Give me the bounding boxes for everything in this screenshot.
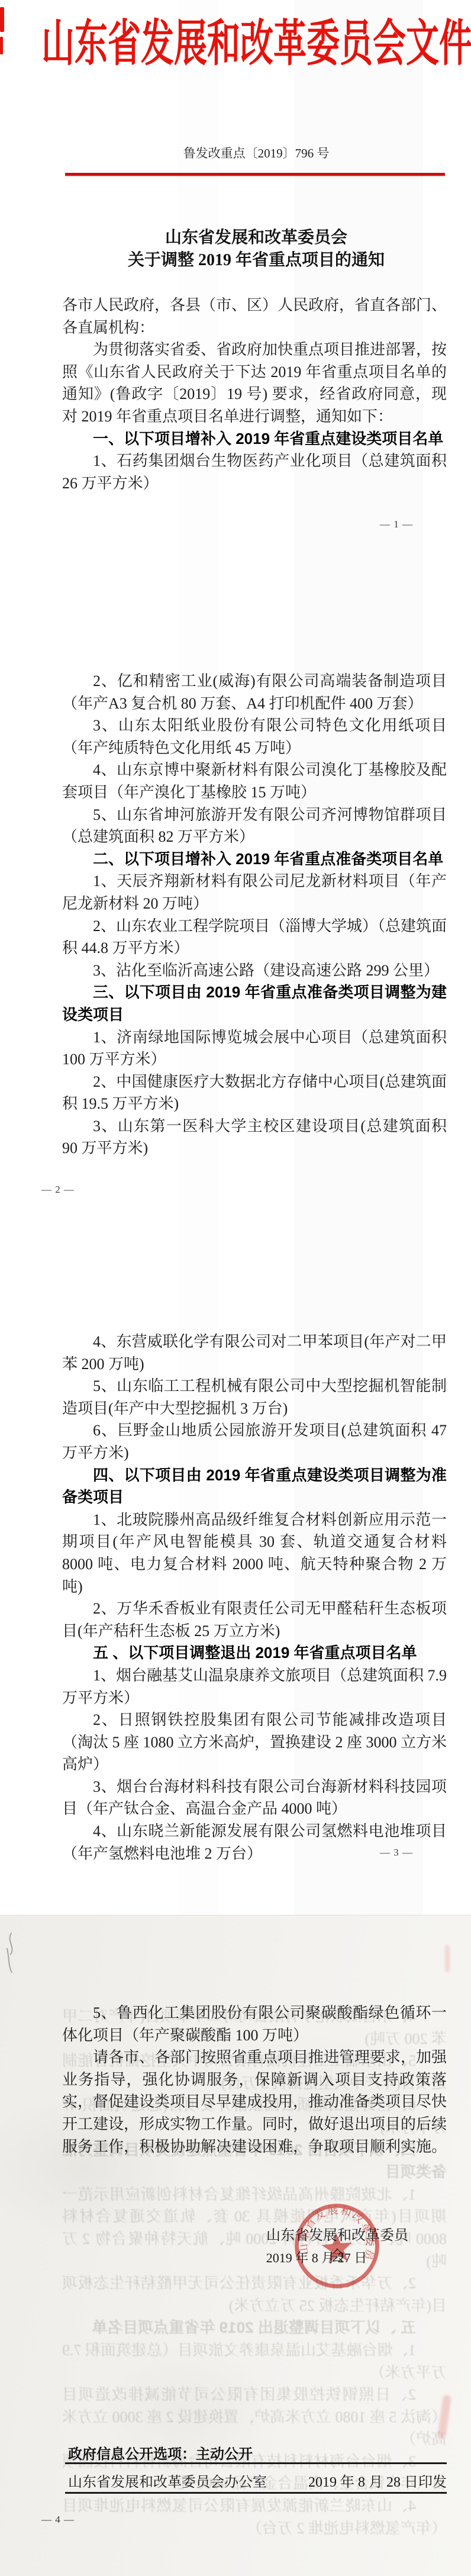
project-item: 2、中国健康医疗大数据北方存储中心项目(总建筑面积 19.5 万平方米): [62, 1071, 447, 1115]
project-item: 6、巨野金山地质公园旅游开发项目(总建筑面积 47 万平方米): [62, 1419, 447, 1464]
ghost-text-line: 五 、以下项目调整退出 2019 年省重点项目名单: [62, 2317, 447, 2339]
page-number-3: — 3 —: [380, 1847, 413, 1859]
page3-body: 4、东营威联化学有限公司对二甲苯项目(年产对二甲苯 200 万吨) 5、山东临工…: [62, 1331, 447, 1865]
project-item: 1、济南绿地国际博览城会展中心项目（总建筑面积 100 万平方米）: [62, 1026, 447, 1071]
scan-edge-red-mark: [0, 7, 4, 32]
section-heading-3: 三、以下项目由 2019 年省重点准备类项目调整为建设类项目: [62, 981, 447, 1026]
document-number: 鲁发改重点〔2019〕796 号: [41, 144, 471, 162]
masthead-title: 山东省发展和改革委员会文件: [41, 18, 471, 72]
handwritten-mark: [4, 1931, 19, 1975]
project-item: 5、鲁西化工集团股份有限公司聚碳酸酯绿色循环一体化项目（年产聚碳酸酯 100 万…: [62, 2002, 447, 2046]
project-item: 1、石药集团烟台生物医药产业化项目（总建筑面积 26 万平方米）: [62, 450, 447, 494]
ghost-text-line: 2、日照钢铁控股集团有限公司节能减排改造项目（淘汰 5 座 1080 立方米高炉…: [62, 2384, 447, 2451]
page1-body: 各市人民政府，各县（市、区）人民政府，省直各部门、各直属机构： 为贯彻落实省委、…: [62, 294, 447, 494]
red-divider-rule: [65, 173, 445, 176]
project-item: 2、日照钢铁控股集团有限公司节能减排改造项目（淘汰 5 座 1080 立方米高炉…: [62, 1709, 447, 1776]
ghost-text-line: 1、烟台融基艾山温泉康养文旅项目（总建筑面积 7.9 万平方米）: [62, 2339, 447, 2384]
project-item: 3、山东第一医科大学主校区建设项目(总建筑面积 90 万平方米): [62, 1115, 447, 1160]
page4-body: 5、鲁西化工集团股份有限公司聚碳酸酯绿色循环一体化项目（年产聚碳酸酯 100 万…: [62, 2002, 447, 2158]
document-title-line1: 山东省发展和改革委员会: [41, 227, 471, 249]
ghost-text-line: 2、万华禾香板业有限责任公司无甲醛秸秆生态板项目(年产秸秆生态板 25 万立方米…: [62, 2272, 447, 2317]
project-item: 2、山东农业工程学院项目（淄博大学城）（总建筑面积 44.8 万平方米）: [62, 915, 447, 959]
project-item: 3、烟台台海材料科技有限公司台海新材料科技园项目（年产钛合金、高温合金产品 40…: [62, 1776, 447, 1820]
page-number-2: — 2 —: [41, 1184, 75, 1196]
document-title-line2: 关于调整 2019 年省重点项目的通知: [41, 249, 471, 272]
project-item: 4、山东京博中聚新材料有限公司溴化丁基橡胶及配套项目（年产溴化丁基橡胶 15 万…: [62, 759, 447, 803]
project-item: 1、北玻院滕州高品级纤维复合材料创新应用示范一期项目(年产风电智能模具 30 套…: [62, 1509, 447, 1598]
project-item: 4、东营威联化学有限公司对二甲苯项目(年产对二甲苯 200 万吨): [62, 1331, 447, 1375]
project-item: 1、烟台融基艾山温泉康养文旅项目（总建筑面积 7.9 万平方米）: [62, 1664, 447, 1709]
document-title: 山东省发展和改革委员会 关于调整 2019 年省重点项目的通知: [41, 227, 471, 272]
project-item: 5、山东临工工程机械有限公司中大型挖掘机智能制造项目(年产中大型挖掘机 3 万台…: [62, 1375, 447, 1419]
closing-paragraph: 请各市、各部门按照省重点项目推进管理要求，加强业务指导，强化协调服务，保障新调入…: [62, 2046, 447, 2158]
section-heading-4: 四、以下项目由 2019 年省重点建设类项目调整为准备类项目: [62, 1464, 447, 1509]
footer-disclosure: 政府信息公开选项：主动公开: [68, 2442, 253, 2463]
intro-paragraph: 为贯彻落实省委、省政府加快重点项目推进部署，按照《山东省人民政府关于下达 201…: [62, 339, 447, 427]
scan-edge-red-mark: [0, 37, 3, 54]
salutation: 各市人民政府，各县（市、区）人民政府，省直各部门、各直属机构：: [62, 294, 447, 339]
seal-bleed-mark: [445, 1945, 450, 1972]
project-item: 2、万华禾香板业有限责任公司无甲醛秸秆生态板项目(年产秸秆生态板 25 万立方米…: [62, 1598, 447, 1642]
project-item: 2、亿和精密工业(威海)有限公司高端装备制造项目（年产A3 复合机 80 万套、…: [62, 670, 447, 714]
footer-divider: [65, 2462, 447, 2464]
page-number-1: — 1 —: [380, 519, 413, 530]
signature-date: 2019 年 8 月 27 日: [260, 2248, 373, 2266]
ghost-text-line: 4、山东晓兰新能源发展有限公司氢燃料电池堆项目（年产氢燃料电池堆 2 万台）: [62, 2495, 447, 2539]
footer-divider: [65, 2492, 447, 2494]
project-item: 3、山东太阳纸业股份有限公司特色文化用纸项目（年产纯质特色文化用纸 45 万吨）: [62, 714, 447, 759]
section-heading-5: 五 、以下项目调整退出 2019 年省重点项目名单: [62, 1642, 447, 1664]
page2-body: 2、亿和精密工业(威海)有限公司高端装备制造项目（年产A3 复合机 80 万套、…: [62, 670, 447, 1160]
project-item: 5、山东省坤河旅游开发有限公司齐河博物馆群项目 （总建筑面积 82 万平方米）: [62, 804, 447, 848]
page-number-4: — 4 —: [41, 2514, 75, 2526]
project-item: 3、沾化至临沂高速公路（建设高速公路 299 公里）: [62, 959, 447, 982]
scanned-official-document: 山东省发展和改革委员会文件 鲁发改重点〔2019〕796 号 山东省发展和改革委…: [0, 0, 471, 2576]
section-heading-2: 二、以下项目增补入 2019 年省重点准备类项目名单: [62, 848, 447, 871]
project-item: 1、天辰齐翔新材料有限公司尼龙新材料项目（年产尼龙新材料 20 万吨）: [62, 870, 447, 915]
section-heading-1: 一、以下项目增补入 2019 年省重点建设类项目名单: [62, 428, 447, 450]
footer-print-date: 2019 年 8 月 28 日印发: [249, 2470, 447, 2491]
footer-office: 山东省发展和改革委员会办公室: [68, 2470, 267, 2491]
